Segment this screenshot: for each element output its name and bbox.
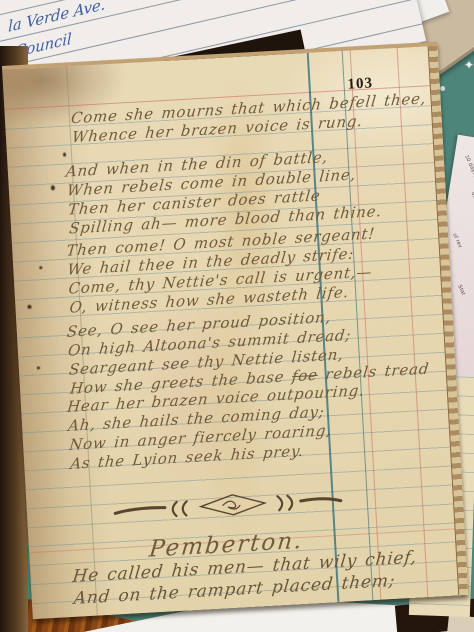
print-fragment: of rev: [451, 233, 463, 250]
ledger-page: 103 Come she mourns that which befell th…: [2, 42, 468, 619]
page-number: 103: [347, 75, 373, 92]
struck-word: foe: [291, 366, 319, 386]
star-icon: ✦: [464, 58, 474, 72]
ink-spot: [63, 153, 66, 157]
print-fragment: 10 days,: [463, 154, 474, 178]
dot-icon: [440, 86, 445, 91]
print-fragment: Stat: [456, 284, 466, 296]
photo-scene: ✺ ❄ ✳ ❅ ✦ ❄ 10 days, ustee of rev Stat C…: [0, 0, 474, 632]
paper-chip: [447, 614, 474, 632]
form-handwriting: la Verde Ave.: [8, 0, 105, 35]
print-fragment: ustee: [470, 191, 474, 207]
